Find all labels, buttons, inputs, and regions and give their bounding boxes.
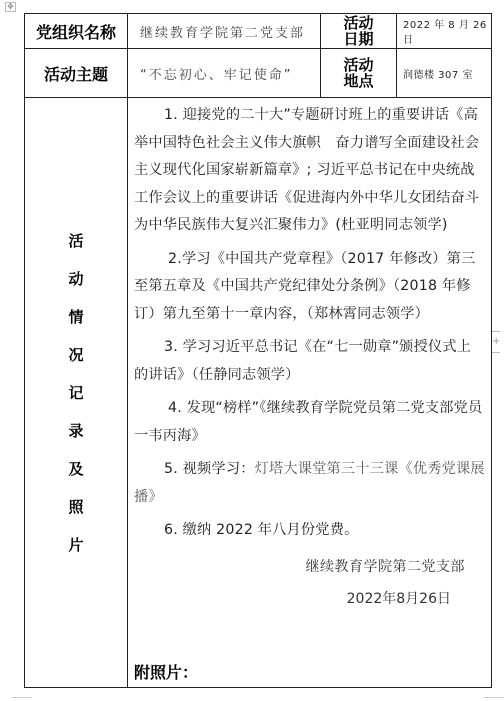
record-item-3[interactable]: 3. 学习习近平总书记《在“七一勋章”颁授仪式上的讲话》（任静同志领学） [134,334,485,389]
page-corner-marker-left [12,697,32,698]
item-text: 学习《中国共产党章程》（2017 年修改）第三至第五章及《中国共产党纪律处分条例… [134,251,475,322]
activity-location-label: 活动 地点 [321,49,397,98]
activity-theme-value[interactable]: “不忘初心、牢记使命” [128,49,321,98]
side-label-char: 片 [25,526,127,564]
record-item-6[interactable]: 6. 缴纳 2022 年八月份党费。 [134,517,485,545]
item-text: 缴纳 2022 年八月份党费。 [183,522,359,538]
side-label-char: 记 [25,374,127,412]
item-number: 2. [168,251,182,267]
activity-date-label-line2: 日期 [321,31,396,47]
item-text: 学习习近平总书记《在“七一勋章”颁授仪式上的讲话》（任静同志领学） [134,339,471,383]
activity-date-label-line1: 活动 [321,15,396,31]
record-item-5[interactable]: 5. 视频学习：灯塔大课堂第三十三课《优秀党课展播》 [134,456,485,511]
page-corner-marker-right [484,697,504,698]
item-number: 4. [168,400,182,416]
activity-date-value[interactable]: 2022 年 8 月 26 日 [397,14,492,49]
side-label-char: 照 [25,488,127,526]
record-item-4[interactable]: 4. 发现“榜样”《继续教育学院党员第二党支部党员一韦丙海》 [134,395,485,450]
item-text: 发现“榜样”《继续教育学院党员第二党支部党员一韦丙海》 [134,400,482,444]
row-record: 活 动 情 况 记 录 及 照 片 1. 迎接党的二十大”专题研讨班上的重要讲话… [25,98,492,688]
activity-theme-label: 活动主题 [25,49,128,98]
org-name-label: 党组织名称 [25,14,128,49]
table-move-handle-icon[interactable]: ✥ [5,2,16,12]
side-label-char: 录 [25,412,127,450]
item-text-prefix: 视频学习： [183,461,255,477]
item-text: 迎接党的二十大”专题研讨班上的重要讲话《高举中国特色社会主义伟大旗帜 奋力谱写全… [134,107,479,233]
activity-location-value[interactable]: 润德楼 307 室 [397,49,492,98]
item-number: 6. [164,522,178,538]
side-label-char: 情 [25,298,127,336]
activity-location-label-line1: 活动 [321,57,396,73]
side-label-char: 及 [25,450,127,488]
row-theme: 活动主题 “不忘初心、牢记使命” 活动 地点 润德楼 307 室 [25,49,492,98]
activity-location-label-line2: 地点 [321,73,396,89]
record-content-cell[interactable]: 1. 迎接党的二十大”专题研讨班上的重要讲话《高举中国特色社会主义伟大旗帜 奋力… [128,98,492,688]
attached-photos-label: 附照片： [134,660,198,683]
record-side-label: 活 动 情 况 记 录 及 照 片 [25,98,128,688]
signature-date: 2022年8月26日 [347,588,451,608]
item-number: 3. [164,339,178,355]
side-label-char: 动 [25,260,127,298]
row-insert-plus-icon[interactable]: + [492,331,500,353]
record-item-1[interactable]: 1. 迎接党的二十大”专题研讨班上的重要讲话《高举中国特色社会主义伟大旗帜 奋力… [134,102,485,240]
org-name-value[interactable]: 继续教育学院第二党支部 [128,14,321,49]
item-number: 1. [164,107,178,123]
side-label-char: 况 [25,336,127,374]
item-number: 5. [164,461,178,477]
activity-date-label: 活动 日期 [321,14,397,49]
record-item-2[interactable]: 2.学习《中国共产党章程》（2017 年修改）第三至第五章及《中国共产党纪律处分… [134,246,485,329]
signature-org: 继续教育学院第二党支部 [306,556,466,576]
row-org: 党组织名称 继续教育学院第二党支部 活动 日期 2022 年 8 月 26 日 [25,14,492,49]
side-label-char: 活 [25,222,127,260]
activity-record-table: 党组织名称 继续教育学院第二党支部 活动 日期 2022 年 8 月 26 日 … [24,13,492,688]
